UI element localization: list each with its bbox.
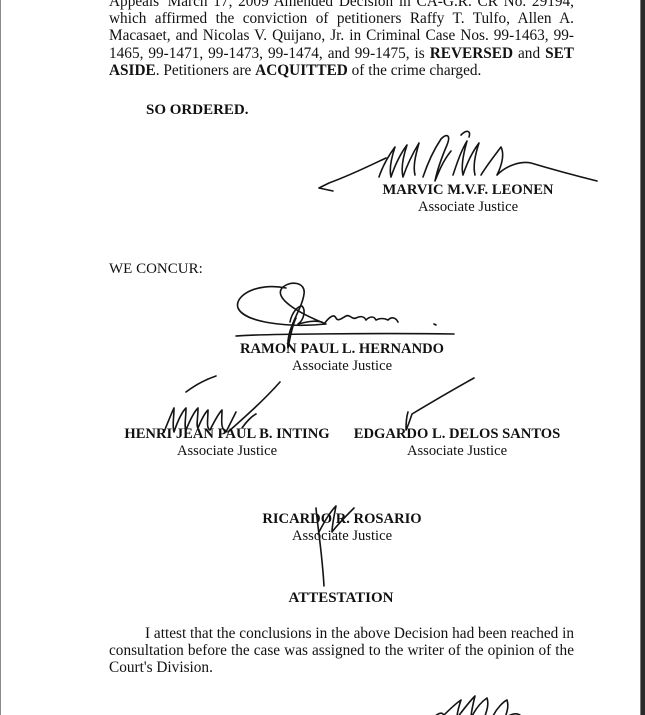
attestation-signature-icon bbox=[429, 692, 539, 715]
ponente-signature-block: MARVIC M.V.F. LEONEN Associate Justice bbox=[363, 182, 573, 216]
justice-title: Associate Justice bbox=[363, 199, 573, 216]
so-ordered-heading: SO ORDERED. bbox=[146, 102, 249, 119]
justice-name: RICARDO R. ROSARIO bbox=[251, 511, 433, 528]
acquitted-emphasis: ACQUITTED bbox=[255, 62, 348, 79]
paragraph-line: Court's Division. bbox=[109, 659, 574, 676]
justice-name: HENRI JEAN PAUL B. INTING bbox=[111, 426, 343, 443]
justice-title: Associate Justice bbox=[111, 443, 343, 460]
set-emphasis: SET bbox=[545, 45, 574, 62]
paragraph-line: Appeals' March 17, 2009 Amended Decision… bbox=[109, 0, 574, 10]
concurring-justice-hernando: RAMON PAUL L. HERNANDO Associate Justice bbox=[228, 341, 456, 375]
viewer-scrollbar-edge bbox=[640, 0, 645, 715]
document-page: Appeals' March 17, 2009 Amended Decision… bbox=[0, 0, 640, 715]
concurring-justice-delos-santos: EDGARDO L. DELOS SANTOS Associate Justic… bbox=[347, 426, 567, 460]
attestation-heading: ATTESTATION bbox=[241, 590, 441, 607]
paragraph-line: ASIDE. Petitioners are ACQUITTED of the … bbox=[109, 62, 574, 79]
concurring-justice-rosario: RICARDO R. ROSARIO Associate Justice bbox=[251, 511, 433, 545]
justice-name: RAMON PAUL L. HERNANDO bbox=[228, 341, 456, 358]
justice-title: Associate Justice bbox=[228, 358, 456, 375]
justice-name: MARVIC M.V.F. LEONEN bbox=[363, 182, 573, 199]
concurring-justice-inting: HENRI JEAN PAUL B. INTING Associate Just… bbox=[111, 426, 343, 460]
aside-emphasis: ASIDE bbox=[109, 62, 156, 79]
justice-title: Associate Justice bbox=[347, 443, 567, 460]
reversed-emphasis: REVERSED bbox=[430, 45, 513, 62]
paragraph-line: Macasaet, and Nicolas V. Quijano, Jr. in… bbox=[109, 27, 574, 44]
paragraph-line: 1465, 99-1471, 99-1473, 99-1474, and 99-… bbox=[109, 45, 574, 62]
attestation-paragraph: I attest that the conclusions in the abo… bbox=[109, 625, 574, 677]
decision-dispositive-paragraph: Appeals' March 17, 2009 Amended Decision… bbox=[109, 0, 574, 79]
justice-name: EDGARDO L. DELOS SANTOS bbox=[347, 426, 567, 443]
paragraph-line: consultation before the case was assigne… bbox=[109, 642, 574, 659]
paragraph-line: I attest that the conclusions in the abo… bbox=[109, 625, 574, 642]
we-concur-label: WE CONCUR: bbox=[109, 261, 203, 278]
paragraph-line: which affirmed the conviction of petitio… bbox=[109, 10, 574, 27]
justice-title: Associate Justice bbox=[251, 528, 433, 545]
